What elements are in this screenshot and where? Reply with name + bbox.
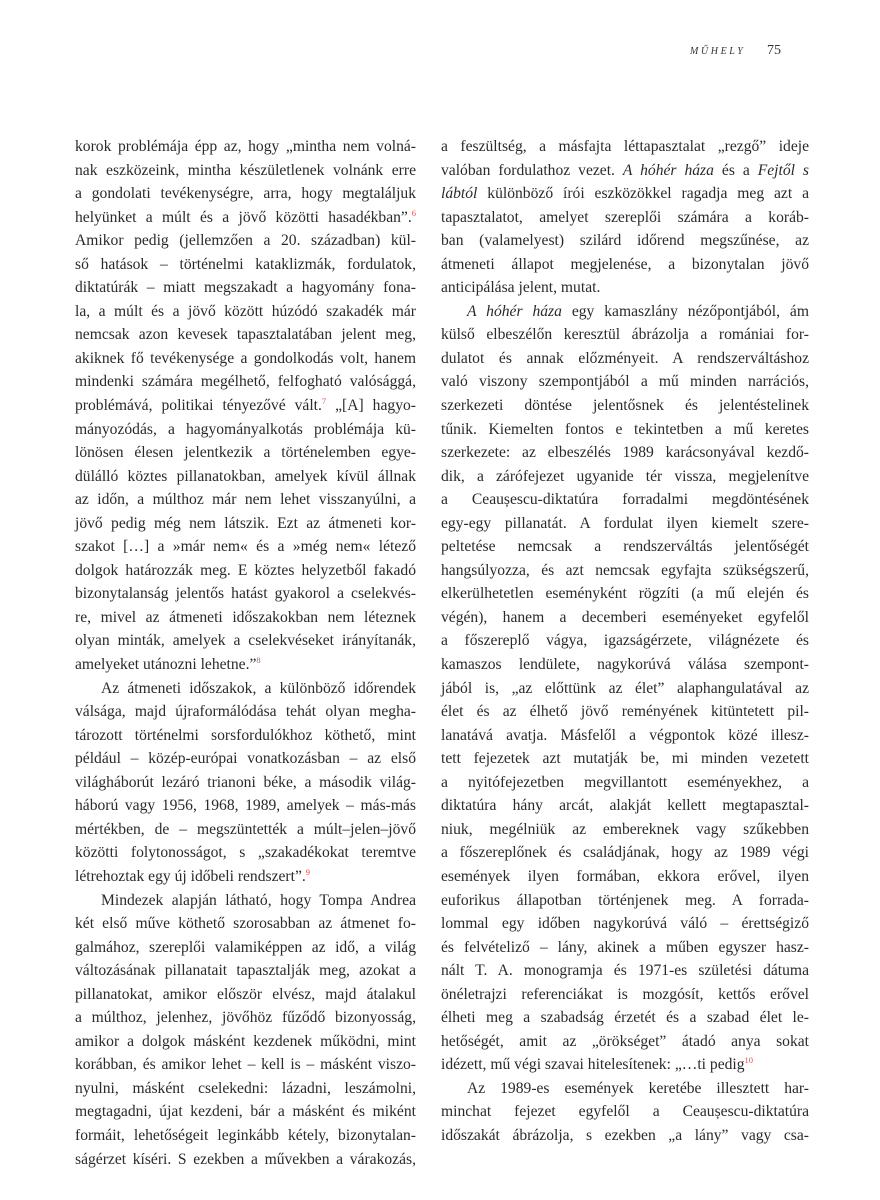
paragraph: A hóhér háza egy kamaszlány nézőpontjábó…	[441, 300, 809, 1077]
text-line: ságérzet kíséri. S ezekben a művekben a …	[75, 1148, 416, 1172]
text-span: és a	[714, 162, 758, 179]
text-line: világháborút lezáró trianoni béke, a más…	[75, 771, 416, 795]
text-line: dik, a zárófejezet ugyanide tér vissza, …	[441, 465, 809, 489]
text-line: kamaszos lendülete, nagykorúvá válása sz…	[441, 653, 809, 677]
text-line: diktatúra hány arcát, alakját kellett me…	[441, 794, 809, 818]
text-line: az időn, a múlthoz már nem lehet visszan…	[75, 488, 416, 512]
text-line: nak eszközeink, mintha készületlenek vol…	[75, 159, 416, 183]
text-line: külső elbeszélőn keresztül ábrázolja a r…	[441, 323, 809, 347]
text-line: minchat fejezet egyfelől a Ceaușescu-dik…	[441, 1100, 809, 1124]
text-line: euforikus állapotban történjenek meg. A …	[441, 889, 809, 913]
text-line: galmához, szereplői valamiképpen az idő,…	[75, 936, 416, 960]
text-line: tett fejezetek azt mutatják be, mi minde…	[441, 747, 809, 771]
text-line: A hóhér háza egy kamaszlány nézőpontjábó…	[441, 300, 809, 324]
footnote-marker[interactable]: 8	[256, 655, 260, 665]
text-line: közötti folytonosságot, s „szakadékokat …	[75, 841, 416, 865]
book-title: A hóhér háza	[467, 303, 562, 320]
paragraph: korok problémája épp az, hogy „mintha ne…	[75, 135, 416, 677]
text-span: idézett, mű végi szavai hitelesítenek: „…	[441, 1056, 745, 1073]
book-title: lábtól	[441, 185, 477, 202]
text-line: formáit, lehetőségeit leginkább kétely, …	[75, 1124, 416, 1148]
text-line: akiknek fő tevékenysége a gondolkodás vo…	[75, 347, 416, 371]
text-span: valóban fordulathoz vezet.	[441, 162, 623, 179]
text-line: lommal egy időben nagykorúvá váló – éret…	[441, 912, 809, 936]
text-line: létrehoztak egy új időbeli rendszert”.9	[75, 865, 416, 889]
text-line: lönösen élesen jelentkezik a történelemb…	[75, 441, 416, 465]
text-line: szakot […] a »már nem« és a »még nem« lé…	[75, 535, 416, 559]
text-line: valóban fordulathoz vezet. A hóhér háza …	[441, 159, 809, 183]
text-line: amelyeket utánozni lehetne.”8	[75, 653, 416, 677]
text-line: tározott történelmi sorsfordulókhoz köth…	[75, 724, 416, 748]
text-span: létrehoztak egy új időbeli rendszert”.	[75, 868, 306, 885]
text-line: a nyitófejezetben megvillantott eseménye…	[441, 771, 809, 795]
text-line: niuk, megélniük az embereknek vagy szűke…	[441, 818, 809, 842]
paragraph: Az 1989-es események keretébe illesztett…	[441, 1077, 809, 1148]
page-number: 75	[767, 43, 781, 59]
text-line: hangsúlyozza, és azt nemcsak egyfajta sz…	[441, 559, 809, 583]
text-line: átmeneti állapot megjelenése, a bizonyta…	[441, 253, 809, 277]
text-line: tapasztalatot, amelyet szereplői számára…	[441, 206, 809, 230]
text-line: önéletrajzi referenciákat is mozgósít, k…	[441, 983, 809, 1007]
text-line: és felvételiző – lány, akinek a műben eg…	[441, 936, 809, 960]
text-line: korok problémája épp az, hogy „mintha ne…	[75, 135, 416, 159]
text-line: például – közép-európai vonatkozásban – …	[75, 747, 416, 771]
text-span: problémává, politikai tényezővé vált.	[75, 397, 322, 414]
text-line: problémává, politikai tényezővé vált.7 „…	[75, 394, 416, 418]
text-line: re, mivel az átmeneti időszakokban nem l…	[75, 606, 416, 630]
text-line: mindenki számára megélhető, felfogható v…	[75, 370, 416, 394]
text-line: események ilyen formában, ekkora erővel,…	[441, 865, 809, 889]
text-line: végén), hanem a decemberi eseményeket eg…	[441, 606, 809, 630]
text-line: dülálló köztes pillanatokban, amelyek kí…	[75, 465, 416, 489]
footnote-marker[interactable]: 9	[306, 867, 310, 877]
text-line: a Ceaușescu-diktatúra forradalmi megdönt…	[441, 488, 809, 512]
text-line: szerkezeti döntése jelentősnek és jelent…	[441, 394, 809, 418]
text-line: élet és az élhető jövő reményének kitünt…	[441, 700, 809, 724]
text-line: dulatot és annak előzményeit. A rendszer…	[441, 347, 809, 371]
text-line: diktatúrák – miatt megszakadt a hagyomán…	[75, 276, 416, 300]
text-line: időszakát ábrázolja, s ezekben „a lány” …	[441, 1124, 809, 1148]
text-line: a múlthoz, jelenhez, jövőhöz fűződő bizo…	[75, 1006, 416, 1030]
text-line: nemcsak azon kevesek tapasztalatában jel…	[75, 323, 416, 347]
text-line: idézett, mű végi szavai hitelesítenek: „…	[441, 1053, 809, 1077]
text-line: korábban, és amikor lehet – kell is – má…	[75, 1053, 416, 1077]
paragraph: a feszültség, a másfajta léttapasztalat …	[441, 135, 809, 300]
text-line: változásának pillanatait tapasztalják me…	[75, 959, 416, 983]
text-line: a feszültség, a másfajta léttapasztalat …	[441, 135, 809, 159]
text-line: Az 1989-es események keretébe illesztett…	[441, 1077, 809, 1101]
footnote-marker[interactable]: 6	[412, 207, 416, 217]
paragraph: Az átmeneti időszakok, a különböző időre…	[75, 677, 416, 889]
text-line: peltetése nemcsak a rendszerváltás jelen…	[441, 535, 809, 559]
text-line: la, a múlt és a jövő között húzódó szaka…	[75, 300, 416, 324]
text-span: egy kamaszlány nézőpontjából, ám	[562, 303, 809, 320]
book-title: Fejtől s	[758, 162, 809, 179]
text-line: élheti meg a szabadság érzetét és a szab…	[441, 1006, 809, 1030]
left-column: korok problémája épp az, hogy „mintha ne…	[75, 135, 416, 1171]
text-span: amelyeket utánozni lehetne.”	[75, 656, 256, 673]
text-line: elkerülhetetlen eseményként rögzíti (a m…	[441, 582, 809, 606]
text-line: Mindezek alapján látható, hogy Tompa And…	[75, 889, 416, 913]
text-line: két első műve köthető szorosabban az átm…	[75, 912, 416, 936]
text-line: mértékben, de – megszüntették a múlt–jel…	[75, 818, 416, 842]
text-line: háború vagy 1956, 1968, 1989, amelyek – …	[75, 794, 416, 818]
text-line: való viszony szempontjából a mű minden n…	[441, 370, 809, 394]
running-head: MŰHELY 75	[660, 43, 820, 63]
text-line: megtagadni, újat kezdeni, bár a másként …	[75, 1100, 416, 1124]
text-line: a főszereplőnek és családjának, hogy az …	[441, 841, 809, 865]
text-line: nált T. A. monogramja és 1971-es születé…	[441, 959, 809, 983]
right-column: a feszültség, a másfajta léttapasztalat …	[441, 135, 809, 1148]
text-line: hetőségét, amit az „örökséget” átadó any…	[441, 1030, 809, 1054]
paragraph: Mindezek alapján látható, hogy Tompa And…	[75, 889, 416, 1172]
text-span: „[A] hagyo-	[326, 397, 416, 414]
text-line: helyünket a múlt és a jövő közötti hasad…	[75, 206, 416, 230]
text-line: lanatává avatja. Másfelől a végpontok kö…	[441, 724, 809, 748]
text-line: szerkezete: az elbeszélés 1989 karácsony…	[441, 441, 809, 465]
text-line: a főszereplő vágya, igazságérzete, világ…	[441, 629, 809, 653]
text-line: nyulni, másként cselekedni: lázadni, les…	[75, 1077, 416, 1101]
text-line: bizonytalanság jelentős hatást gyakorol …	[75, 582, 416, 606]
text-line: olyan minták, amelyek a cselekvéseket ir…	[75, 629, 416, 653]
text-span: különböző írói eszközökkel ragadja meg a…	[477, 185, 809, 202]
text-line: pillanatokat, amikor először elvész, maj…	[75, 983, 416, 1007]
section-title: MŰHELY	[690, 46, 745, 57]
text-line: ső hatások – történelmi kataklizmák, for…	[75, 253, 416, 277]
text-line: amikor a dolgok másként kezdenek működni…	[75, 1030, 416, 1054]
text-line: Amikor pedig (jellemzően a 20. században…	[75, 229, 416, 253]
text-line: egy-egy pillanatát. A fordulat ilyen kie…	[441, 512, 809, 536]
text-line: lábtól különböző írói eszközökkel ragadj…	[441, 182, 809, 206]
text-line: a gondolati tevékenységre, arra, hogy me…	[75, 182, 416, 206]
text-line: válsága, majd újraformálódása tehát olya…	[75, 700, 416, 724]
book-title: A hóhér háza	[623, 162, 714, 179]
text-line: dolgok határozzák meg. E köztes helyzetb…	[75, 559, 416, 583]
text-line: mányozódás, a hagyományalkotás problémáj…	[75, 418, 416, 442]
text-line: jövő pedig még nem látszik. Ezt az átmen…	[75, 512, 416, 536]
text-line: tűnik. Kiemelten fontos e tekintetben a …	[441, 418, 809, 442]
text-span: helyünket a múlt és a jövő közötti hasad…	[75, 209, 412, 226]
text-line: ban (valamelyest) szilárd időrend megszű…	[441, 229, 809, 253]
text-line: jából is, „az előttünk az élet” alaphang…	[441, 677, 809, 701]
text-line: anticipálása jelent, mutat.	[441, 276, 809, 300]
footnote-marker[interactable]: 10	[745, 1055, 754, 1065]
text-line: Az átmeneti időszakok, a különböző időre…	[75, 677, 416, 701]
